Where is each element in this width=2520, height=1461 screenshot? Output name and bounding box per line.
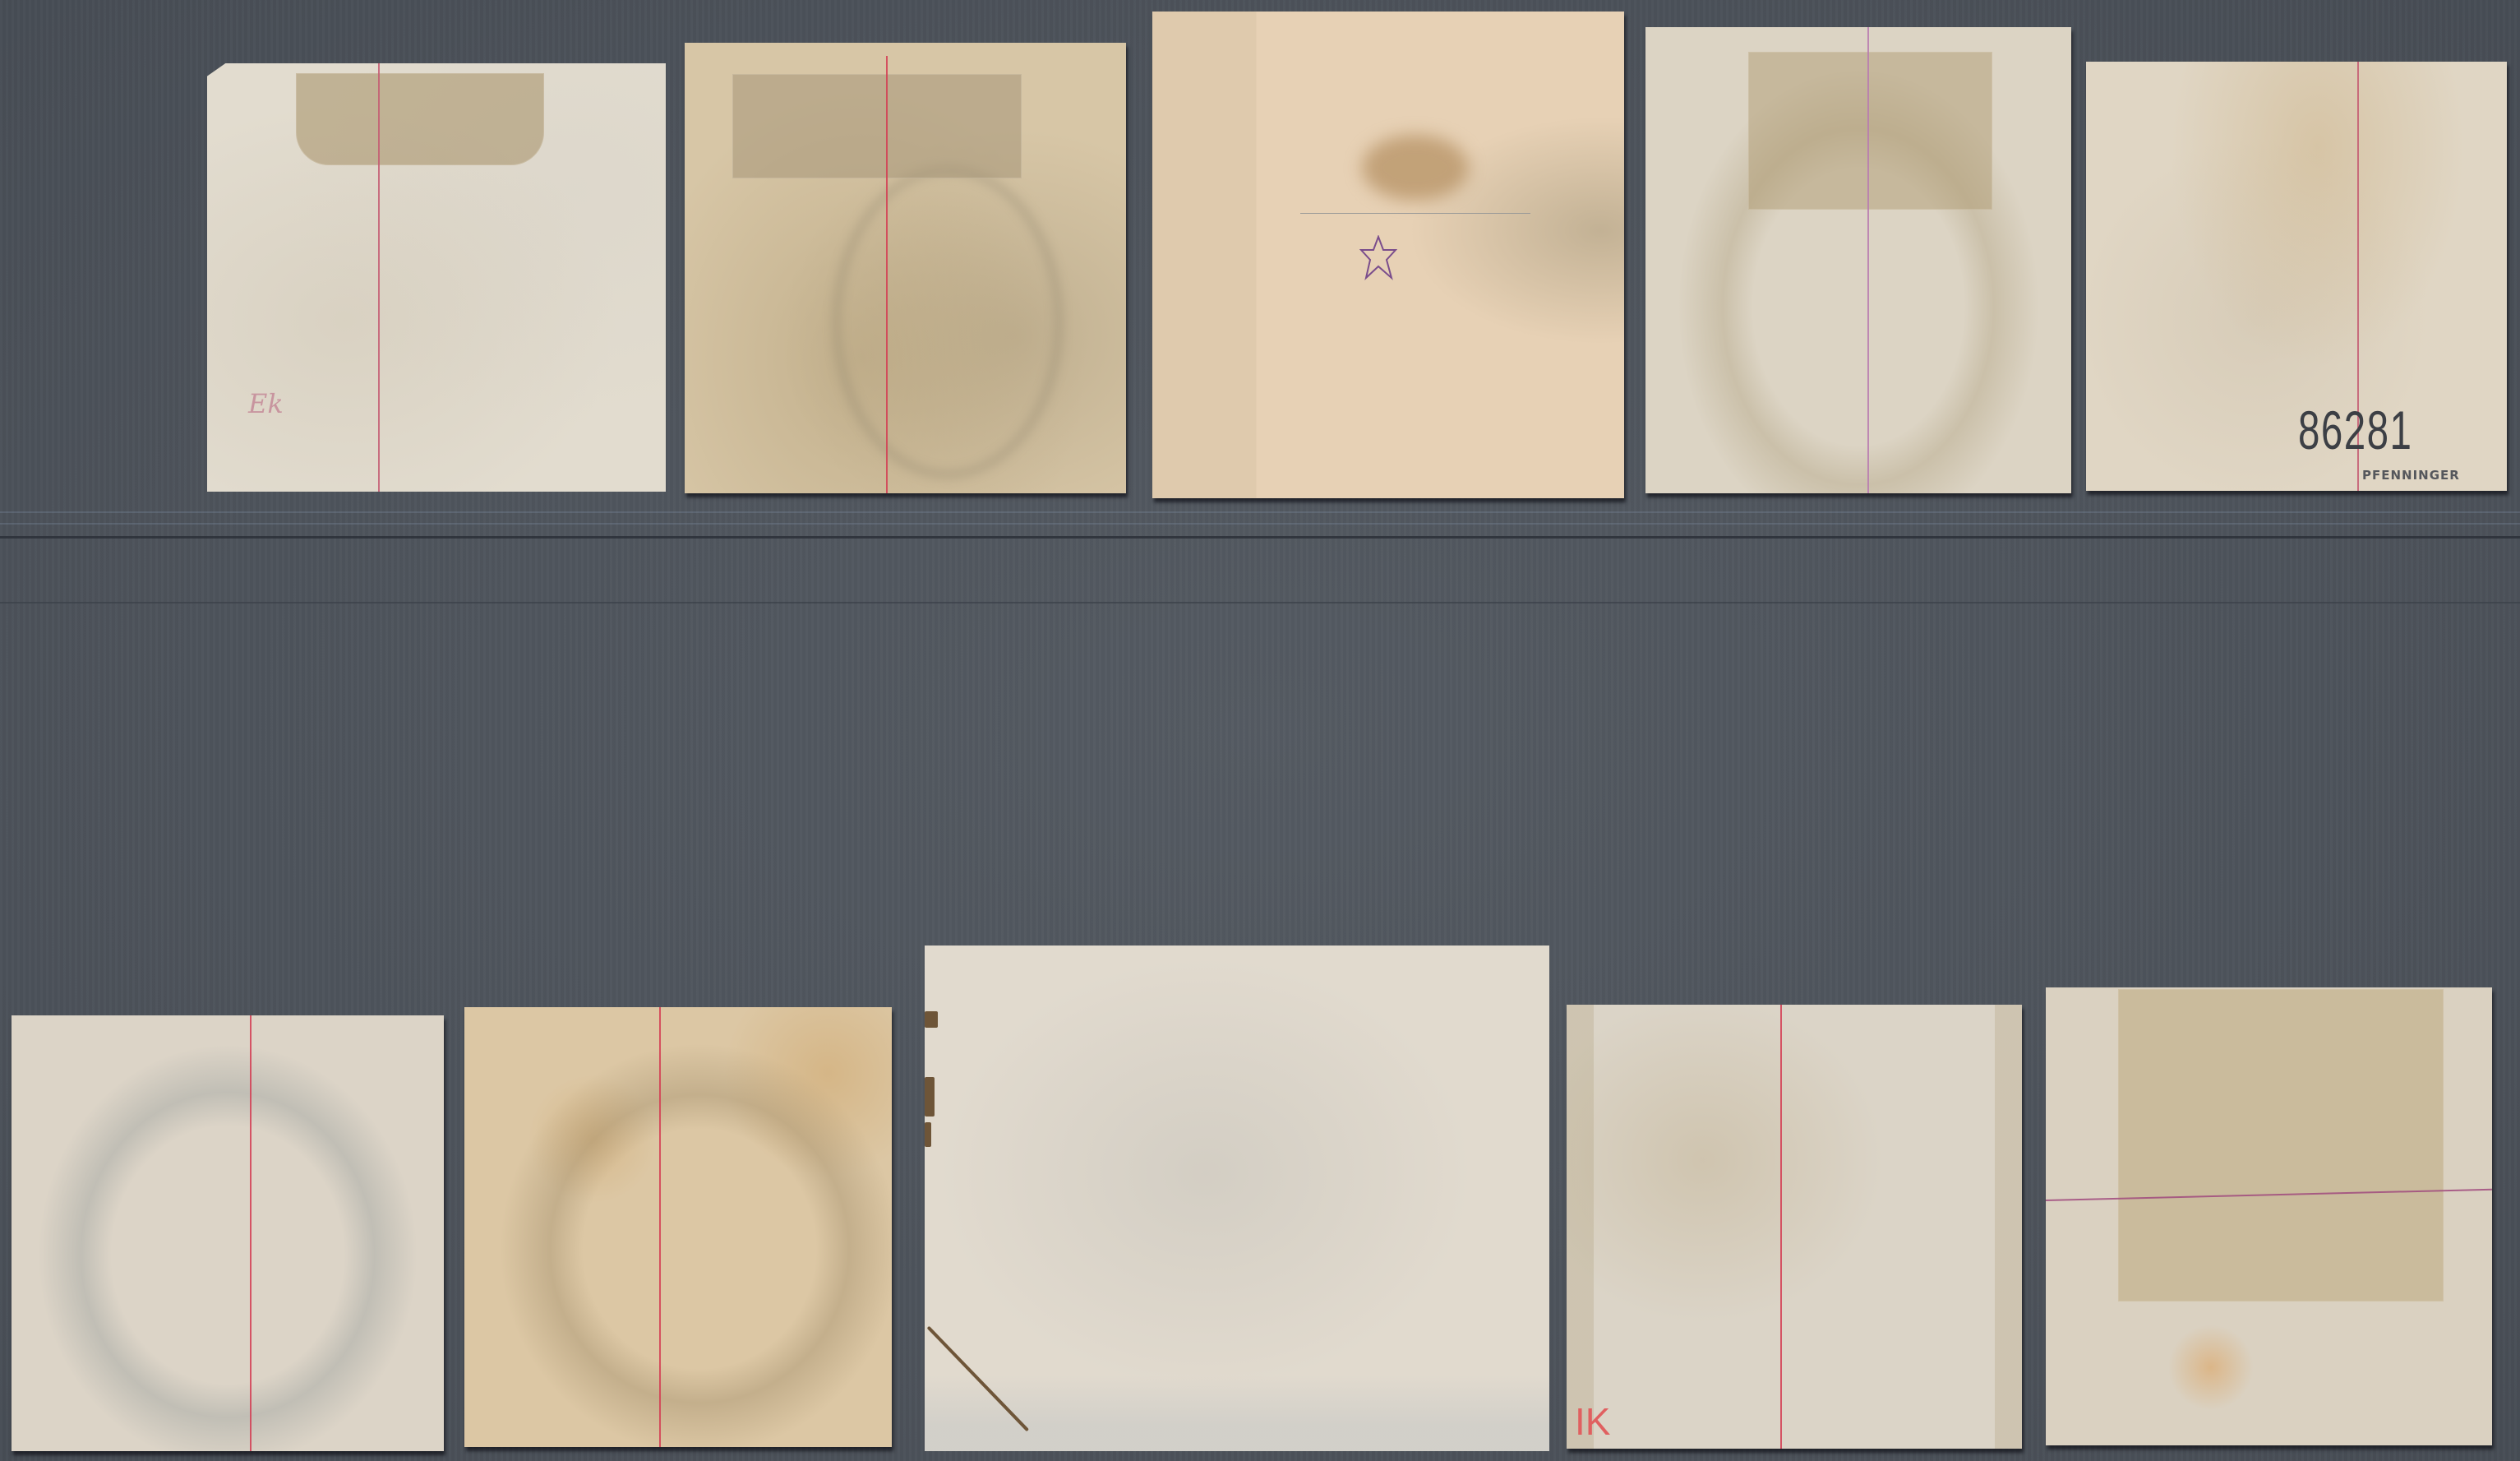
stamp-back-6	[12, 1015, 444, 1451]
ik-initials: IK	[1575, 1399, 1610, 1444]
stamp-back-9: IK	[1567, 1005, 2022, 1449]
paper-texture	[925, 945, 1549, 1451]
stamp-back-4	[1645, 27, 2071, 493]
red-guideline	[886, 56, 888, 493]
manuscript-ink-stroke	[925, 1077, 935, 1117]
stamp-hinge	[2118, 989, 2444, 1301]
violet-guideline	[1867, 27, 1869, 493]
red-guideline	[378, 63, 380, 492]
strip-rule-lower	[0, 602, 2520, 603]
strip-rule-upper	[0, 536, 2520, 539]
pencil-rule	[1300, 213, 1530, 214]
stamp-hinge	[732, 74, 1022, 178]
stamp-hinge	[296, 73, 544, 165]
stamp-hinge	[1748, 52, 1992, 210]
stamp-back-5: 86281 PFENNINGER	[2086, 62, 2507, 491]
stamp-back-3	[1152, 12, 1624, 498]
brown-stain	[1362, 135, 1469, 201]
stamp-back-7	[464, 1007, 892, 1447]
pencil-initials: Ek	[248, 388, 284, 419]
manuscript-ink-stroke	[925, 1011, 938, 1028]
strip-groove	[0, 523, 2520, 525]
stamp-back-10	[2046, 987, 2492, 1445]
stamp-back-2	[685, 43, 1126, 493]
paper-texture	[464, 1007, 892, 1447]
paper-texture	[1567, 1005, 2022, 1449]
manuscript-ink-stroke	[925, 1122, 931, 1147]
paper-texture	[2086, 62, 2507, 491]
red-guideline	[659, 1007, 661, 1447]
stamp-back-1: Ek	[207, 63, 666, 492]
postmark-show-through	[833, 166, 1063, 479]
red-guideline	[1780, 1005, 1782, 1449]
stamp-back-8	[925, 945, 1549, 1451]
red-guideline	[250, 1015, 252, 1451]
expert-signature: PFENNINGER	[2362, 468, 2460, 483]
star-handstamp-icon	[1359, 235, 1397, 281]
strip-groove	[0, 511, 2520, 513]
inventory-number: 86281	[2298, 399, 2412, 461]
paper-texture	[12, 1015, 444, 1451]
